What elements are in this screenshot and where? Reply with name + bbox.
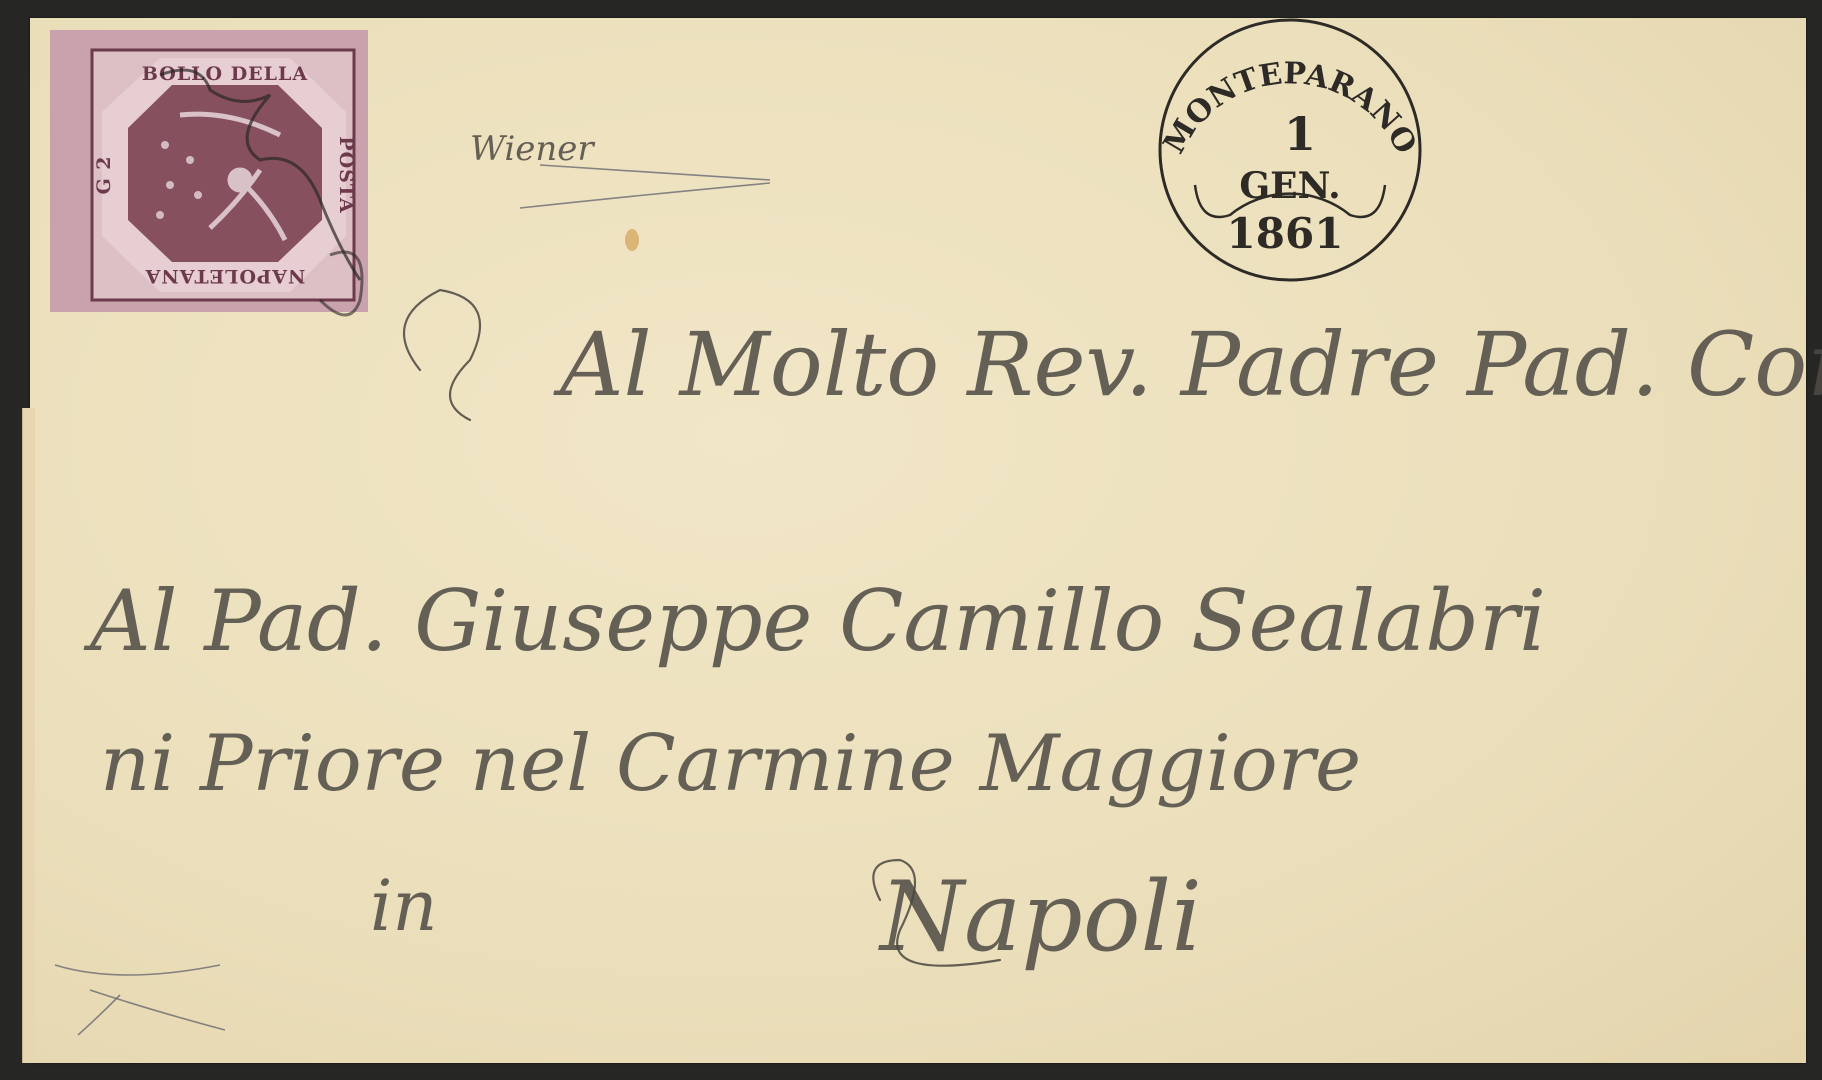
- stain: [625, 229, 639, 251]
- address-line-1: Al Molto Rev. Padre Pad. Com.: [553, 313, 1822, 416]
- stamp-bottom-text: NAPOLETANA: [145, 265, 306, 287]
- postmark-day: 1: [1284, 107, 1316, 161]
- stamp-right-text: POSTA: [335, 136, 357, 213]
- cover-scene: BOLLO DELLA POSTA NAPOLETANA G 2 MONTEPA…: [0, 0, 1822, 1080]
- pencil-note: Wiener: [470, 129, 770, 208]
- stamp: BOLLO DELLA POSTA NAPOLETANA G 2: [50, 30, 368, 315]
- postmark-year: 1861: [1227, 209, 1344, 258]
- pencil-note-text: Wiener: [470, 129, 595, 169]
- postmark-month: GEN.: [1239, 165, 1340, 207]
- stamp-left-text: G 2: [93, 155, 115, 194]
- postmark: MONTEPARANO 1 GEN. 1861: [1157, 20, 1424, 280]
- stamp-center: [128, 85, 322, 262]
- address-line-4-prefix: in: [370, 865, 437, 947]
- pencil-x-mark: [55, 965, 225, 1035]
- address-city: Napoli: [878, 861, 1202, 973]
- address-block: Al Molto Rev. Padre Pad. Com. Al Pad. Gi…: [83, 290, 1822, 973]
- address-line-2: Al Pad. Giuseppe Camillo Sealabri: [83, 572, 1546, 670]
- address-line-3: ni Priore nel Carmine Maggiore: [100, 719, 1361, 809]
